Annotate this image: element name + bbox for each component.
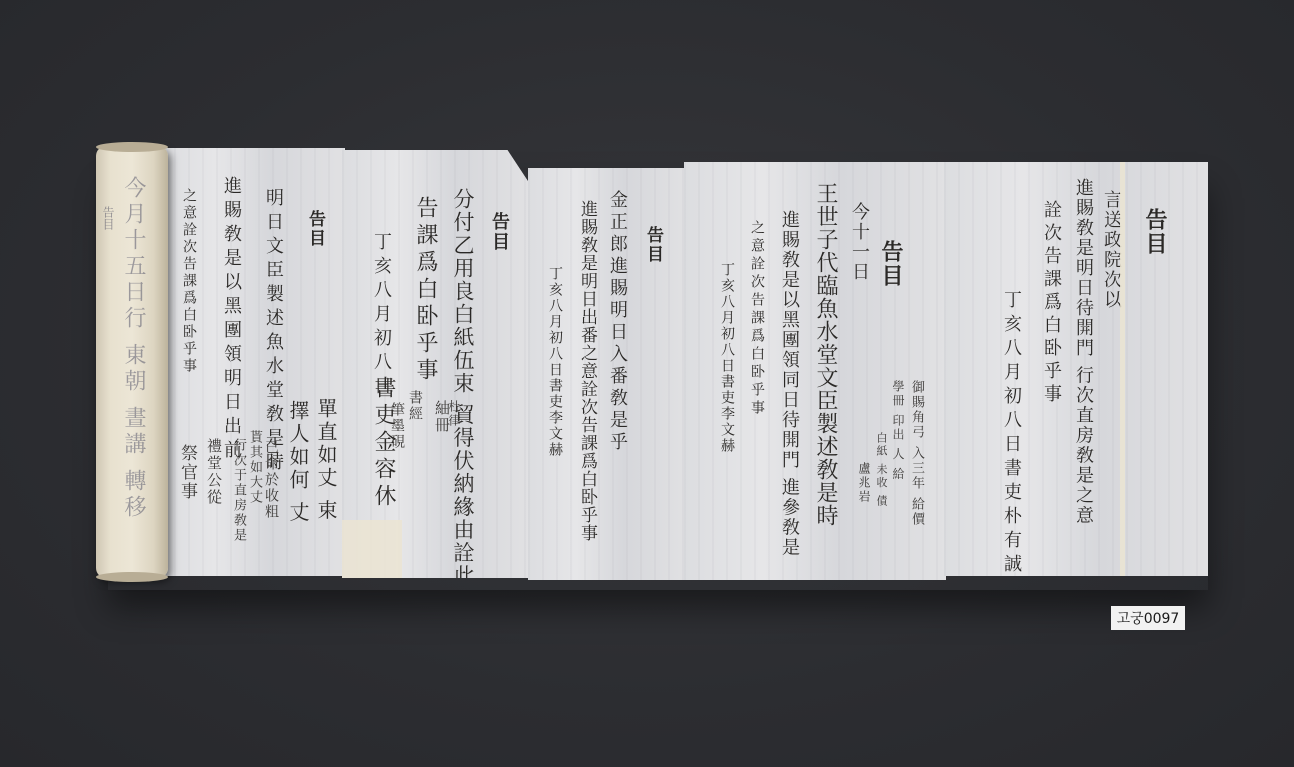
sheet-5-note-4: 貰其如大丈 — [248, 430, 261, 505]
sheet-2-col-3: 進賜敎是以黑團領同日待開門 進參敎是 — [780, 210, 798, 558]
sheet-1-col-5: 書吏朴有誠 — [1002, 458, 1020, 578]
sheet-5-note-3: 已命於收粗 — [264, 440, 278, 520]
catalog-label: 고궁0097 — [1111, 606, 1185, 630]
sheet-5-title: 告目 — [306, 210, 323, 248]
sheet-1-col-4: 丁亥八月初八日 — [1002, 290, 1020, 458]
sheet-4-note-3: 書經 — [408, 390, 422, 422]
sheet-4: 告目 分付乙用良白紙伍束 貿得伏納緣由詮此 告課爲白卧乎事 丁亥八月初八日 書吏… — [342, 150, 530, 578]
sheet-5-note-7: 祭官事 — [178, 444, 195, 501]
roll-side-label: 告目 — [100, 206, 117, 230]
sheet-5-col-1: 明日文臣製述魚水堂敎是時 — [264, 188, 282, 476]
sheet-2-col-5: 丁亥八月初八日書吏李文赫 — [720, 262, 734, 454]
sheet-2-col-2: 王世子代臨魚水堂文臣製述敎是時 — [814, 182, 836, 527]
sheet-5-note-5: 行次于直房敎是 — [232, 438, 245, 543]
sheet-5-note-1: 單直如丈 束 — [316, 398, 336, 522]
sheet-3-col-3: 丁亥八月初八日書吏李文赫 — [548, 266, 562, 458]
sheet-1-title: 告目 — [1144, 208, 1166, 256]
paper-seam — [1120, 162, 1125, 576]
roll-text: 今月十五日行 東朝 晝講 轉移 — [118, 176, 149, 521]
sheet-4-col-3: 丁亥八月初八日 — [372, 232, 390, 400]
paper-patch — [342, 520, 402, 578]
roll-edge-bottom — [96, 572, 168, 582]
sheet-5-col-2: 進賜敎是以黑團領明日出前 — [222, 176, 240, 464]
sheet-3: 告目 金正郎進賜明日入番敎是乎 進賜敎是明日出番之意詮次告課爲白卧乎事 丁亥八月… — [528, 168, 688, 580]
sheet-2-col-4: 之意詮次告課爲白卧乎事 — [750, 220, 764, 418]
sheet-4-col-2: 告課爲白卧乎事 — [414, 196, 436, 385]
sheet-5-note-6: 禮堂公從 — [206, 438, 221, 506]
sheet-4-note-2: 杜律 — [448, 400, 460, 428]
scroll-roll: 今月十五日行 東朝 晝講 轉移 告目 — [96, 146, 168, 578]
sheet-5-note-2: 擇人如何 丈 — [288, 400, 308, 524]
sheet-2-note-1: 御賜角弓 入三年 給價 — [910, 380, 923, 527]
sheet-3-col-1: 金正郎進賜明日入番敎是乎 — [608, 190, 626, 454]
sheet-2-note-3: 白紙 未收 債 — [876, 432, 887, 508]
sheet-1: 告目 言送政院次以 進賜敎是明日待開門 行次直房敎是之意 詮次告課爲白卧乎事 丁… — [944, 162, 1208, 576]
sheet-1-col-3: 詮次告課爲白卧乎事 — [1042, 200, 1060, 407]
document-scroll: 告目 明日文臣製述魚水堂敎是時 進賜敎是以黑團領明日出前 之意詮次告課爲白卧乎事… — [0, 0, 1294, 767]
sheet-3-title: 告目 — [644, 226, 661, 264]
sheet-5: 告目 明日文臣製述魚水堂敎是時 進賜敎是以黑團領明日出前 之意詮次告課爲白卧乎事… — [160, 148, 345, 576]
sheet-4-note-4: 筆墨硯 — [390, 402, 404, 450]
sheet-2-note-2: 學冊 印出 人 給 — [892, 380, 904, 481]
sheet-1-col-1: 言送政院次以 — [1102, 190, 1120, 310]
sheet-4-title: 告目 — [490, 212, 508, 252]
sheet-5-col-3: 之意詮次告課爲白卧乎事 — [182, 188, 196, 375]
sheet-1-col-2: 進賜敎是明日待開門 行次直房敎是之意 — [1074, 178, 1092, 526]
sheet-2-note-4: 盧兆岩 — [858, 462, 870, 504]
sheet-3-col-2: 進賜敎是明日出番之意詮次告課爲白卧乎事 — [578, 200, 595, 542]
roll-edge-top — [96, 142, 168, 152]
sheet-2-col-1: 今十一日 — [850, 202, 868, 282]
sheet-4-col-1: 分付乙用良白紙伍束 貿得伏納緣由詮此 — [452, 188, 473, 588]
sheet-2: 告目 今十一日 王世子代臨魚水堂文臣製述敎是時 進賜敎是以黑團領同日待開門 進參… — [684, 162, 946, 580]
sheet-2-title: 告目 — [880, 240, 902, 288]
